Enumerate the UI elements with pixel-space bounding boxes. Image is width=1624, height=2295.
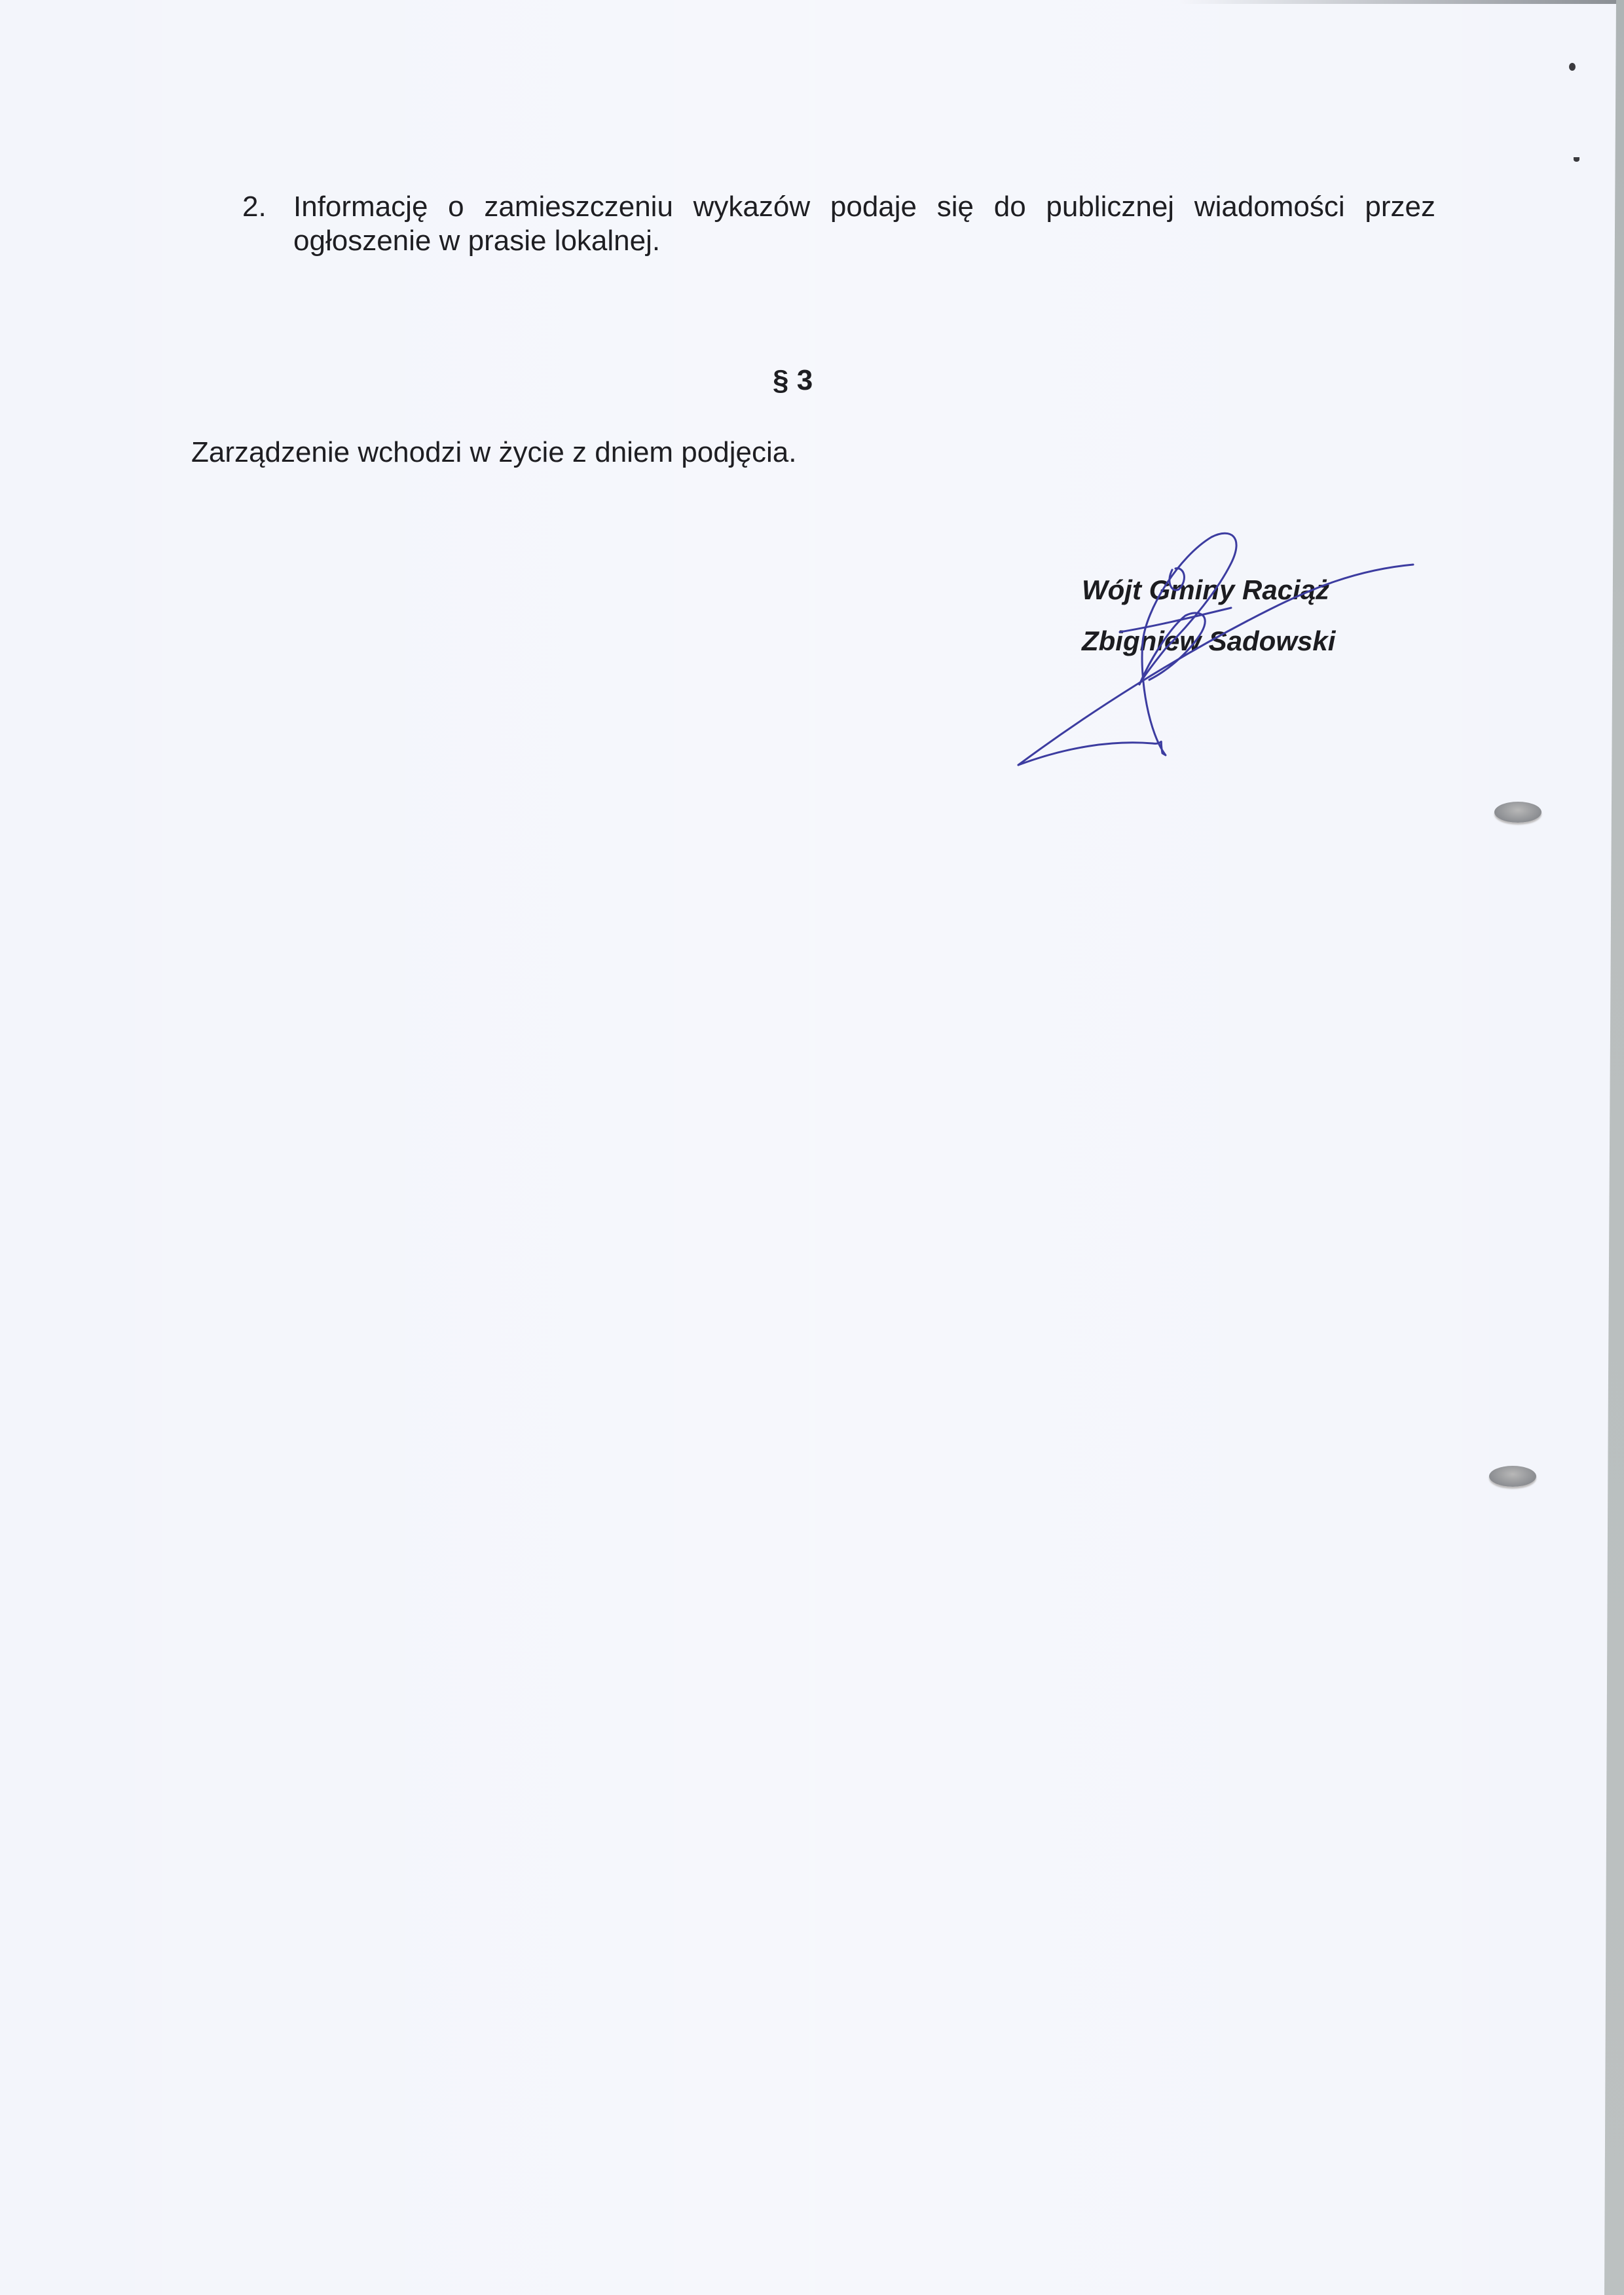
- punch-hole: [1489, 1466, 1536, 1487]
- scanned-page: 2. Informację o zamieszczeniu wykazów po…: [0, 0, 1624, 2295]
- scan-right-edge: [1604, 0, 1624, 2295]
- ink-speck: [1574, 157, 1579, 162]
- section-heading: § 3: [773, 364, 813, 398]
- scan-top-shadow: [1179, 0, 1624, 4]
- ink-speck: [1569, 63, 1576, 71]
- list-item-text: Informację o zamieszczeniu wykazów podaj…: [293, 190, 1435, 258]
- punch-hole: [1494, 802, 1541, 823]
- list-item-number: 2.: [242, 190, 267, 224]
- list-item-2: 2. Informację o zamieszczeniu wykazów po…: [242, 190, 1435, 258]
- closing-statement: Zarządzenie wchodzi w życie z dniem podj…: [191, 436, 796, 470]
- handwritten-signature: [1008, 517, 1434, 779]
